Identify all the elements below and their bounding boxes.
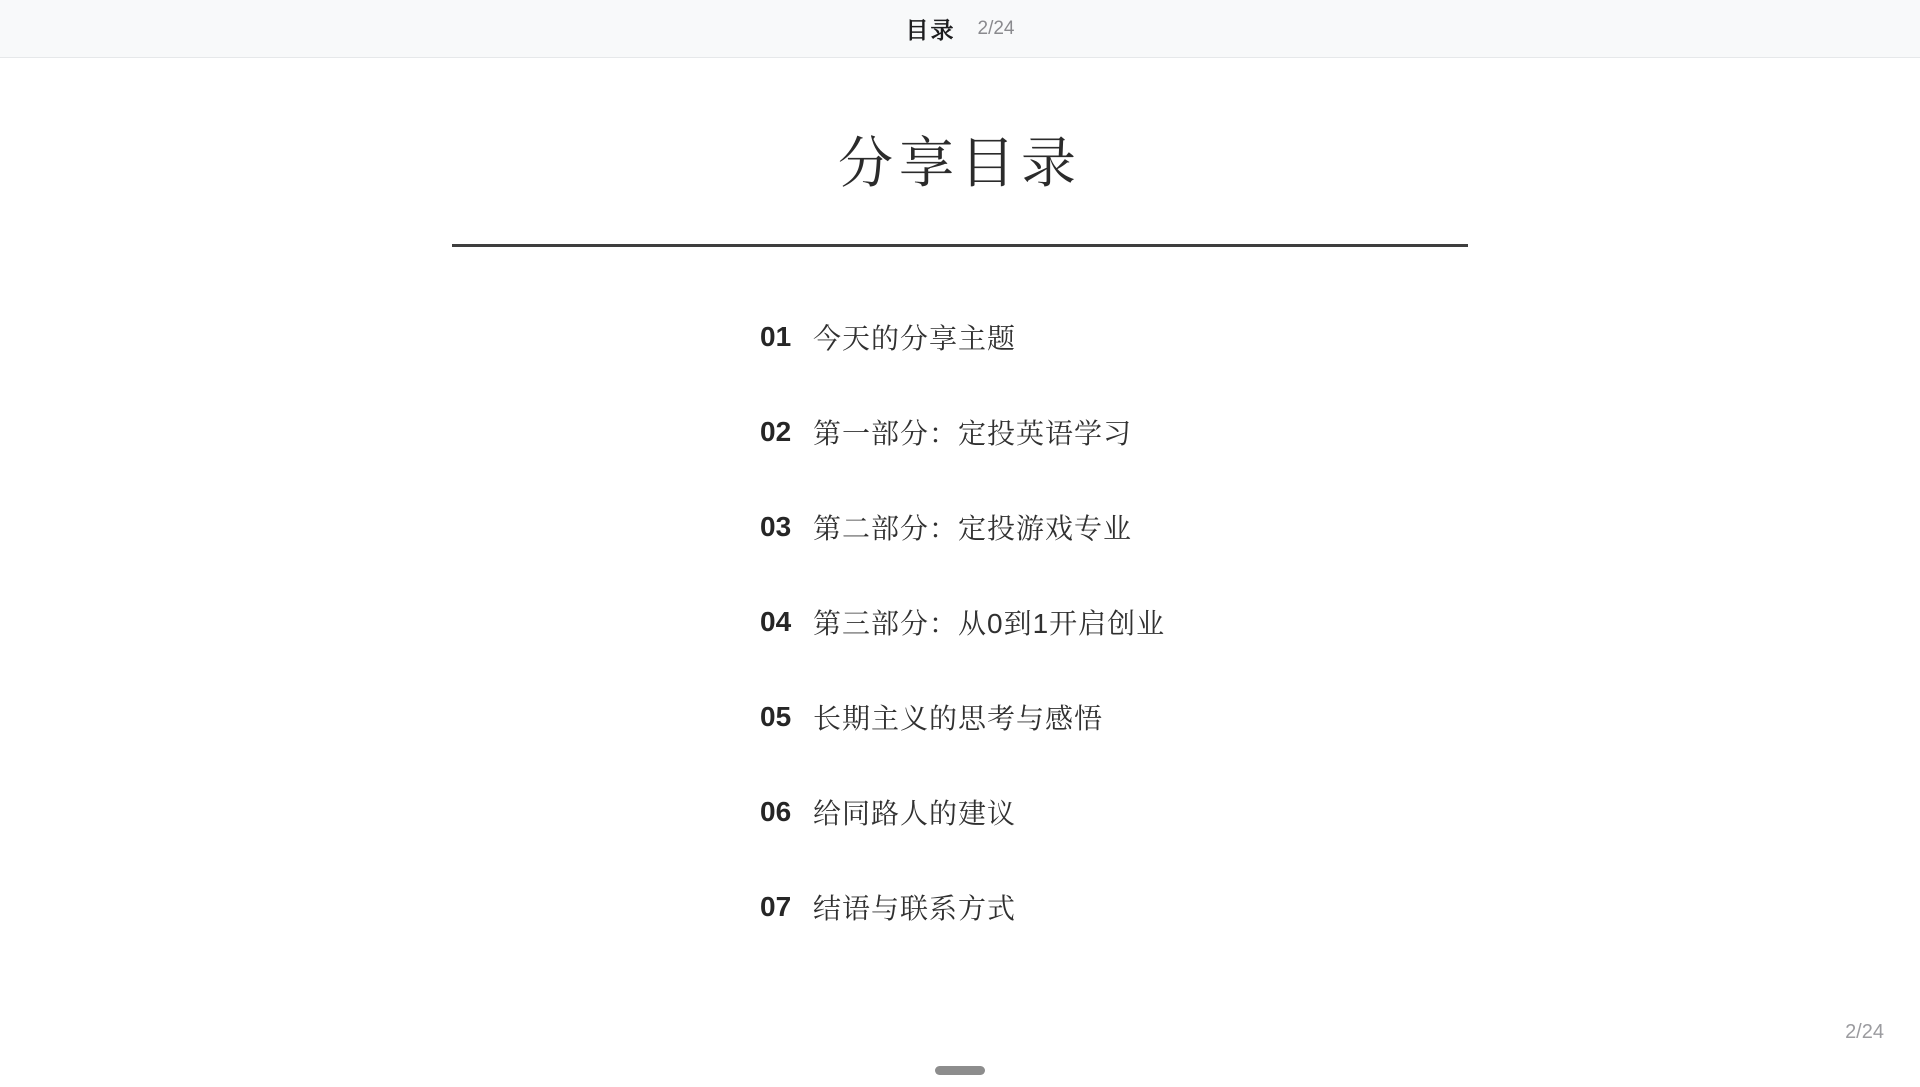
toc-item-label: 今天的分享主题 (813, 317, 1016, 357)
toc-item: 04 第三部分：从0到1开启创业 (760, 602, 1165, 642)
toc-item-number: 01 (760, 321, 796, 353)
toc-item-number: 04 (760, 606, 796, 638)
slide-title: 分享目录 (0, 128, 1920, 198)
toc-item-label: 给同路人的建议 (813, 792, 1016, 832)
slide-page-number: 2/24 (1845, 1021, 1884, 1044)
toc-item: 06 给同路人的建议 (760, 792, 1165, 832)
toc-item-number: 03 (760, 511, 796, 543)
toc-item: 05 长期主义的思考与感悟 (760, 697, 1165, 737)
top-bar-page-indicator: 2/24 (978, 18, 1015, 40)
toc-item-label: 第一部分：定投英语学习 (813, 412, 1132, 452)
toc-item-number: 05 (760, 701, 796, 733)
toc-item: 03 第二部分：定投游戏专业 (760, 507, 1165, 547)
drag-handle[interactable] (935, 1066, 985, 1075)
toc-item-number: 06 (760, 796, 796, 828)
toc-item: 01 今天的分享主题 (760, 317, 1165, 357)
toc-item-number: 07 (760, 891, 796, 923)
top-bar: 目录 2/24 (0, 0, 1920, 58)
toc-list: 01 今天的分享主题 02 第一部分：定投英语学习 03 第二部分：定投游戏专业… (760, 317, 1165, 927)
toc-item-label: 结语与联系方式 (813, 887, 1016, 927)
toc-item-label: 长期主义的思考与感悟 (813, 697, 1103, 737)
toc-item-number: 02 (760, 416, 796, 448)
presentation-viewer: 目录 2/24 分享目录 01 今天的分享主题 02 第一部分：定投英语学习 0… (0, 0, 1920, 1087)
toc-item-label: 第二部分：定投游戏专业 (813, 507, 1132, 547)
title-divider (452, 244, 1468, 247)
toc-item: 07 结语与联系方式 (760, 887, 1165, 927)
toc-item: 02 第一部分：定投英语学习 (760, 412, 1165, 452)
toc-item-label: 第三部分：从0到1开启创业 (813, 602, 1165, 642)
top-bar-title: 目录 (906, 12, 956, 45)
